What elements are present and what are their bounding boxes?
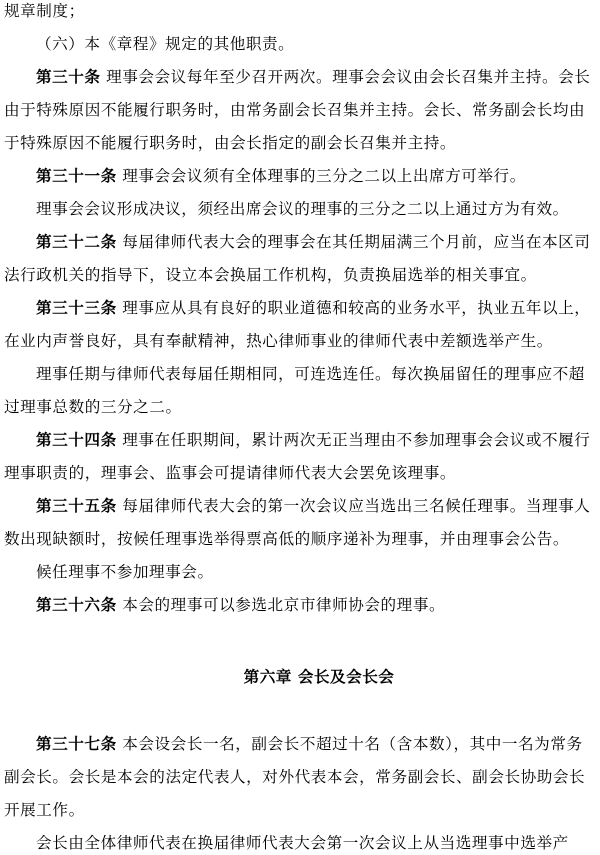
line-text: 理事会会议每年至少召开两次。理事会会议由会长召集并主持。会长: [101, 68, 591, 86]
line-text: 每届律师代表大会的理事会在其任期届满三个月前，应当在本区司: [117, 233, 591, 251]
chapter-heading: 第六章 会长及会长会: [4, 667, 600, 687]
line-text: 候任理事不参加理事会。: [36, 563, 214, 581]
article-line: 第三十六条 本会的理事可以参选北京市律师协会的理事。: [36, 595, 445, 615]
article-line: 第三十二条 每届律师代表大会的理事会在其任期届满三个月前，应当在本区司: [36, 232, 590, 252]
text-line: 开展工作。: [4, 800, 85, 820]
article-line: 第三十四条 理事在任职期间，累计两次无正当理由不参加理事会会议或不履行: [36, 430, 590, 450]
article-line: 第三十七条 本会设会长一名，副会长不超过十名（含本数），其中一名为常务: [36, 734, 583, 754]
article-number: 第三十三条: [36, 299, 117, 317]
article-number: 第三十四条: [36, 431, 117, 449]
line-text: 开展工作。: [4, 801, 85, 819]
text-line: 过理事总数的三分之二。: [4, 397, 182, 417]
article-number: 第三十条: [36, 68, 101, 86]
line-text: 会长由全体律师代表在换届律师代表大会第一次会议上从当选理事中选举产: [36, 834, 569, 852]
line-text: （六）本《章程》规定的其他职责。: [36, 35, 294, 53]
article-line: 第三十三条 理事应从具有良好的职业道德和较高的业务水平，执业五年以上，: [36, 298, 590, 318]
line-text: 在业内声誉良好，具有奉献精神，热心律师事业的律师代表中差额选举产生。: [4, 332, 553, 350]
line-text: 理事应从具有良好的职业道德和较高的业务水平，执业五年以上，: [117, 299, 591, 317]
line-text: 理事职责的，理事会、监事会可提请律师代表大会罢免该理事。: [4, 464, 456, 482]
line-text: 每届律师代表大会的第一次会议应当选出三名候任理事。当理事人: [117, 497, 591, 515]
text-line: 数出现缺额时，按候任理事选举得票高低的顺序递补为理事，并由理事会公告。: [4, 529, 569, 549]
line-text: 本会设会长一名，副会长不超过十名（含本数），其中一名为常务: [117, 735, 583, 753]
line-text: 规章制度；: [4, 2, 85, 20]
text-line: 副会长。会长是本会的法定代表人，对外代表本会，常务副会长、副会长协助会长: [4, 767, 585, 787]
text-line: （六）本《章程》规定的其他职责。: [36, 34, 294, 54]
text-line: 于特殊原因不能履行职务时，由会长指定的副会长召集并主持。: [4, 133, 456, 153]
article-number: 第三十二条: [36, 233, 117, 251]
text-line: 在业内声誉良好，具有奉献精神，热心律师事业的律师代表中差额选举产生。: [4, 331, 553, 351]
line-text: 理事在任职期间，累计两次无正当理由不参加理事会会议或不履行: [117, 431, 591, 449]
line-text: 本会的理事可以参选北京市律师协会的理事。: [117, 596, 445, 614]
line-text: 过理事总数的三分之二。: [4, 398, 182, 416]
text-line: 规章制度；: [4, 1, 85, 21]
text-line: 理事会会议形成决议，须经出席会议的理事的三分之二以上通过方为有效。: [36, 199, 569, 219]
text-line: 法行政机关的指导下，设立本会换届工作机构，负责换届选举的相关事宜。: [4, 265, 537, 285]
line-text: 理事任期与律师代表每届任期相同，可连选连任。每次换届留任的理事应不超: [36, 365, 585, 383]
article-number: 第三十七条: [36, 735, 117, 753]
line-text: 数出现缺额时，按候任理事选举得票高低的顺序递补为理事，并由理事会公告。: [4, 530, 569, 548]
line-text: 理事会会议形成决议，须经出席会议的理事的三分之二以上通过方为有效。: [36, 200, 569, 218]
line-text: 法行政机关的指导下，设立本会换届工作机构，负责换届选举的相关事宜。: [4, 266, 537, 284]
article-line: 第三十条 理事会会议每年至少召开两次。理事会会议由会长召集并主持。会长: [36, 67, 590, 87]
article-number: 第三十五条: [36, 497, 117, 515]
line-text: 于特殊原因不能履行职务时，由会长指定的副会长召集并主持。: [4, 134, 456, 152]
article-line: 第三十一条 理事会会议须有全体理事的三分之二以上出席方可举行。: [36, 166, 526, 186]
line-text: 理事会会议须有全体理事的三分之二以上出席方可举行。: [117, 167, 526, 185]
article-number: 第三十一条: [36, 167, 117, 185]
text-line: 候任理事不参加理事会。: [36, 562, 214, 582]
text-line: 理事职责的，理事会、监事会可提请律师代表大会罢免该理事。: [4, 463, 456, 483]
text-line: 会长由全体律师代表在换届律师代表大会第一次会议上从当选理事中选举产: [36, 833, 569, 853]
article-line: 第三十五条 每届律师代表大会的第一次会议应当选出三名候任理事。当理事人: [36, 496, 590, 516]
text-line: 理事任期与律师代表每届任期相同，可连选连任。每次换届留任的理事应不超: [36, 364, 585, 384]
article-number: 第三十六条: [36, 596, 117, 614]
line-text: 副会长。会长是本会的法定代表人，对外代表本会，常务副会长、副会长协助会长: [4, 768, 585, 786]
text-line: 由于特殊原因不能履行职务时，由常务副会长召集并主持。会长、常务副会长均由: [4, 100, 585, 120]
line-text: 由于特殊原因不能履行职务时，由常务副会长召集并主持。会长、常务副会长均由: [4, 101, 585, 119]
